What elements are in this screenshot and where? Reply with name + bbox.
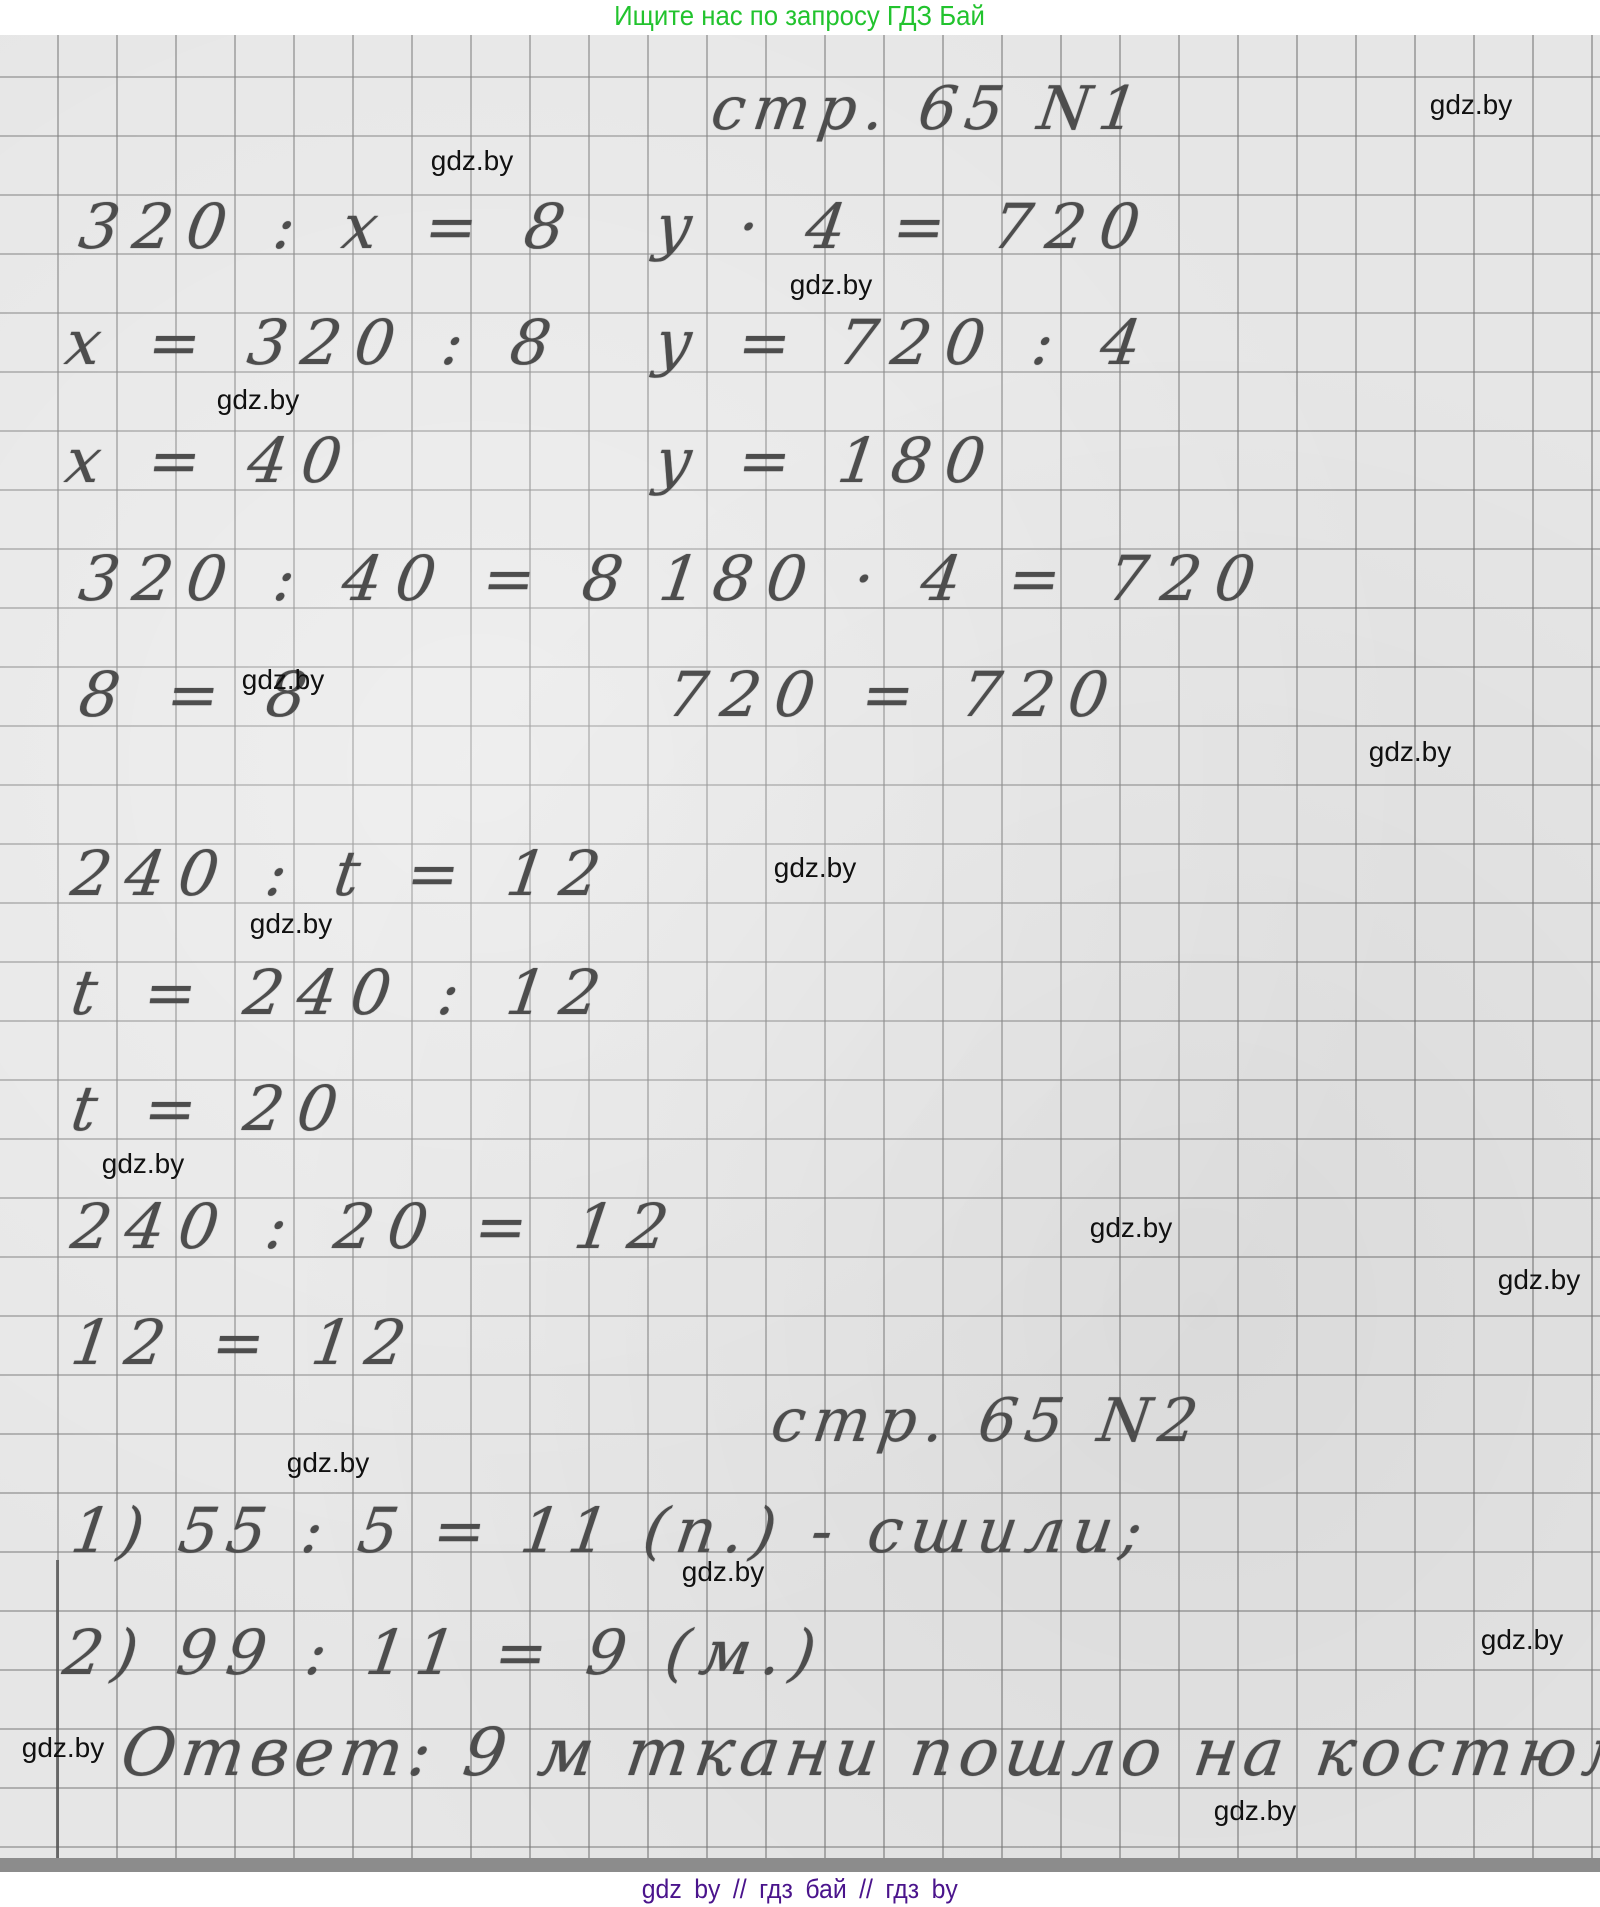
watermark: gdz.by — [102, 1149, 185, 1179]
banner-text: Ищите нас по запросу ГДЗ Бай — [615, 0, 986, 32]
eq2-line3: y = 180 — [652, 430, 1003, 492]
page-bottom-edge — [0, 1858, 1600, 1872]
eq3-line5: 12 = 12 — [68, 1312, 424, 1374]
watermark: gdz.by — [1498, 1265, 1581, 1295]
eq3-line3: t = 20 — [68, 1078, 356, 1140]
watermark: gdz.by — [1481, 1625, 1564, 1655]
watermark: gdz.by — [1369, 737, 1452, 767]
watermark: gdz.by — [1090, 1213, 1173, 1243]
eq3-line4: 240 : 20 = 12 — [68, 1196, 687, 1258]
top-banner: Ищите нас по запросу ГДЗ Бай — [0, 0, 1600, 35]
eq1-line3: x = 40 — [62, 430, 360, 492]
task2-step2: 2) 99 : 11 = 9 (м.) — [60, 1622, 830, 1684]
eq1-line1: 320 : x = 8 — [76, 196, 583, 258]
watermark: gdz.by — [774, 853, 857, 883]
watermark: gdz.by — [1214, 1796, 1297, 1826]
task2-step1: 1) 55 : 5 = 11 (п.) - сшили; — [68, 1500, 1155, 1562]
eq2-line4: 180 · 4 = 720 — [656, 548, 1273, 610]
eq1-line2: x = 320 : 8 — [62, 312, 569, 374]
eq2-line2: y = 720 : 4 — [652, 312, 1159, 374]
task1-heading: стр. 65 N1 — [708, 78, 1150, 140]
watermark: gdz.by — [790, 270, 873, 300]
footer: gdz by // гдз бай // гдз by — [0, 1872, 1600, 1907]
eq3-line2: t = 240 : 12 — [68, 962, 619, 1024]
eq2-line5: 720 = 720 — [664, 664, 1127, 726]
watermark: gdz.by — [22, 1733, 105, 1763]
watermark: gdz.by — [217, 385, 300, 415]
task2-heading: стр. 65 N2 — [768, 1390, 1210, 1452]
footer-text: gdz by // гдз бай // гдз by — [642, 1872, 958, 1906]
watermark: gdz.by — [250, 909, 333, 939]
eq2-line1: y · 4 = 720 — [652, 196, 1158, 258]
eq1-line4: 320 : 40 = 8 — [76, 548, 641, 610]
watermark: gdz.by — [682, 1557, 765, 1587]
watermark: gdz.by — [287, 1448, 370, 1478]
watermark: gdz.by — [1430, 90, 1513, 120]
watermark: gdz.by — [431, 146, 514, 176]
task2-answer: Ответ: 9 м ткани пошло на костюм — [118, 1722, 1600, 1784]
eq3-line1: 240 : t = 12 — [68, 843, 619, 905]
margin-line — [56, 1560, 59, 1880]
watermark: gdz.by — [242, 665, 325, 695]
